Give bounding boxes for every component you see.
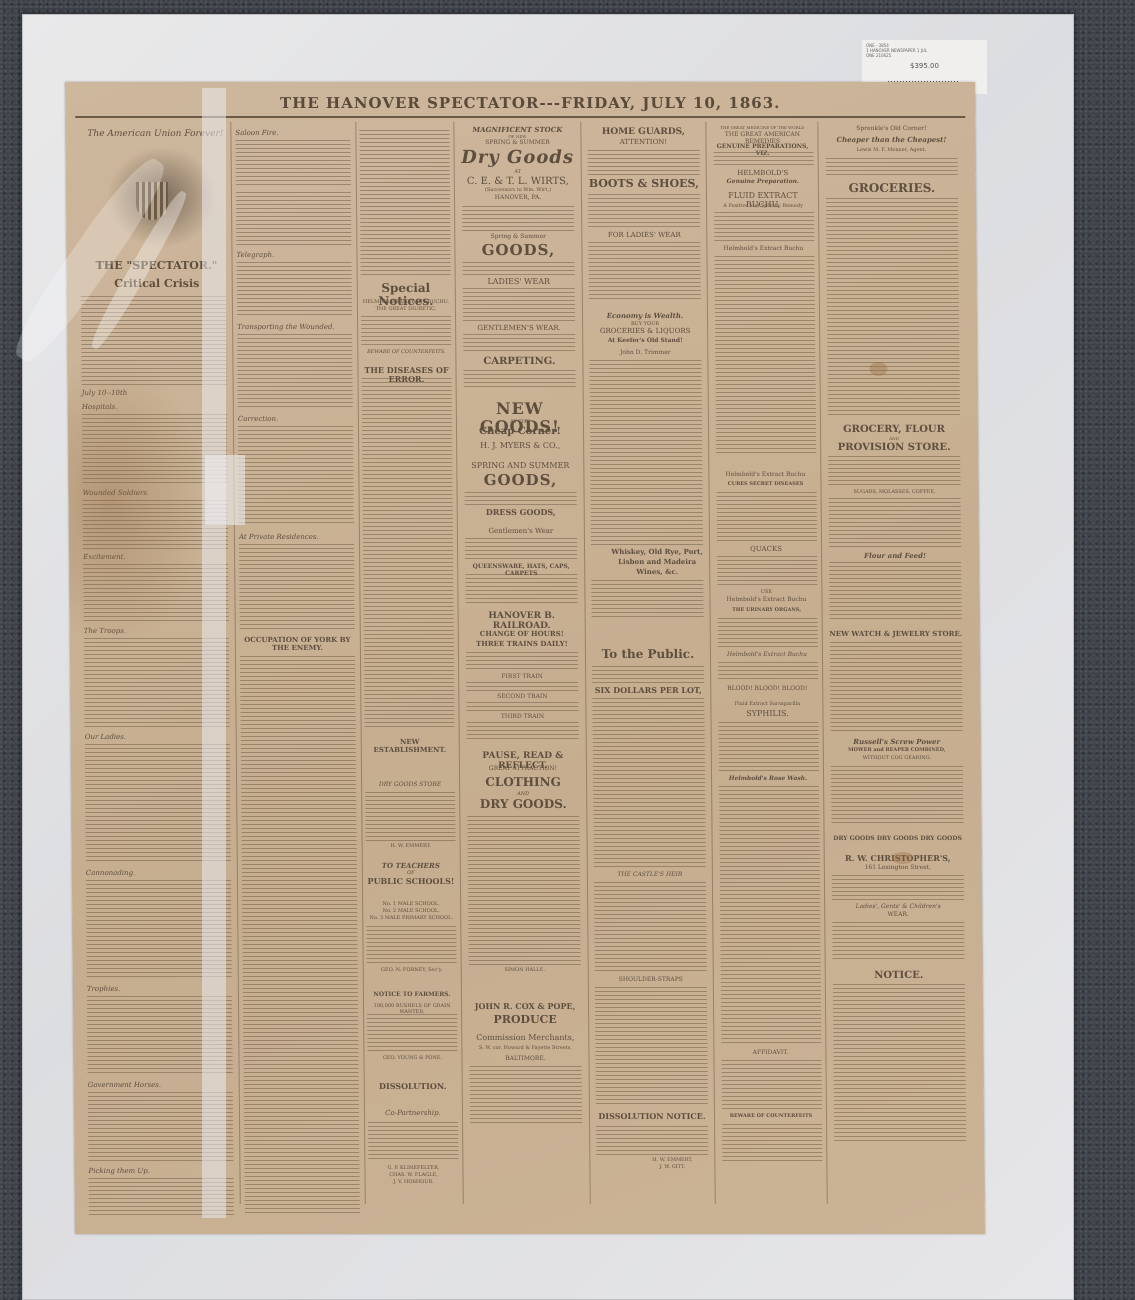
rose-wash: Helmbold's Rose Wash. (715, 776, 821, 783)
text-block (588, 194, 700, 230)
and-text: AND (824, 437, 964, 441)
cox-pope: JOHN R. COX & POPE, (465, 1002, 585, 1011)
home-guards-head: HOME GUARDS, (585, 128, 701, 138)
section-head: Wounded Soldiers. (83, 490, 150, 498)
change-hours: CHANGE OF HOURS! (462, 630, 582, 638)
signature: GEO. YOUNG & PONE. (367, 1056, 457, 1062)
castle-heir: THE CASTLE'S HEIR (592, 872, 708, 879)
ladies-wear-head: FOR LADIES' WEAR (586, 232, 702, 240)
section-head: Picking them Up. (88, 1168, 150, 1176)
text-block (589, 360, 703, 545)
text-block (722, 1124, 822, 1164)
date-line: July 10--10th (82, 390, 142, 398)
boots-shoes-head: BOOTS & SHOES, (586, 178, 702, 190)
great-attraction: GREAT ATTRACTION! (463, 766, 583, 773)
train-item: THIRD TRAIN (462, 714, 582, 721)
teachers-head: TO TEACHERS (366, 862, 456, 870)
section-head: Saloon Fire. (235, 130, 278, 138)
groceries-head: GROCERIES. (822, 182, 962, 195)
section-head: Government Horses. (88, 1082, 161, 1090)
text-block (367, 1014, 457, 1054)
co-partnership-head: Co-Partnership. (368, 1110, 458, 1118)
at-the: AT THE (460, 420, 580, 426)
dry-goods-banner: DRY GOODS DRY GOODS DRY GOODS (828, 836, 968, 843)
text-block (466, 652, 578, 672)
three-trains: THREE TRAINS DAILY! (462, 640, 582, 648)
section-head: Excitement. (83, 554, 126, 562)
text-block (466, 682, 578, 692)
helmbold-notice: THE GREAT DIURETIC. (361, 307, 451, 313)
text-block (463, 288, 575, 322)
spring-summer-3: SPRING AND SUMMER (460, 462, 580, 471)
stain (869, 362, 887, 376)
text-block (463, 262, 575, 276)
helmbold-head: HELMBOLD'S (710, 170, 816, 178)
text-block (463, 370, 575, 390)
text-block (235, 140, 350, 185)
section-head: At Private Residences. (239, 534, 319, 542)
section-head: Transporting the Wounded. (237, 324, 335, 332)
extract-buchu: Helmbold's Extract Buchu (710, 246, 816, 253)
to-the-public-head: To the Public. (590, 648, 706, 661)
flour-feed: Flour and Feed! (825, 552, 965, 560)
text-block (359, 130, 450, 275)
helmbold-notice: HELMBOLD'S EXTRACT BUCHU. (361, 300, 451, 306)
sugars: SUGARS, MOLASSES, COFFEE, (825, 490, 965, 496)
signer: H. W. EMMERT, (634, 1158, 710, 1164)
urinary-organs: THE URINARY ORGANS, (714, 608, 820, 614)
use-text: USE (713, 590, 819, 596)
text-block (714, 212, 814, 242)
text-block (239, 544, 355, 629)
text-block (592, 666, 704, 684)
section-head: The Troops. (84, 628, 126, 636)
signer: CHAS. W. FLAGLE, (368, 1173, 458, 1179)
masthead: THE HANOVER SPECTATOR---FRIDAY, JULY 10,… (160, 94, 900, 112)
signature: GEO. N. FORNEY, Sec'y. (367, 968, 457, 974)
text-block (467, 816, 580, 966)
syphilis: SYPHILIS. (714, 710, 820, 719)
dissolution-notice-head: DISSOLUTION NOTICE. (594, 1112, 710, 1121)
extract-buchu-2: Helmbold's Extract Buchu (712, 472, 818, 479)
text-block (362, 378, 455, 728)
store-name: C. E. & T. L. WIRTS, (458, 176, 578, 187)
cheap-corner: Cheap Corner! (460, 426, 580, 437)
text-block (719, 722, 819, 772)
tape-strip (202, 88, 226, 1218)
text-block (361, 316, 451, 346)
extract-buchu-3: Helmbold's Extract Buchu (713, 597, 819, 604)
successors: (Successors to Wm. Wirt,) (458, 188, 578, 194)
text-block (366, 926, 456, 966)
watch-jewelry: NEW WATCH & JEWELRY STORE. (826, 630, 966, 638)
section-head: Trophies. (87, 986, 120, 994)
lisbon: Lisbon and Madeira (609, 558, 705, 566)
russell-power: Russell's Screw Power (827, 738, 967, 746)
specific-remedy: A Positive and Specific Remedy (710, 204, 816, 210)
text-block (719, 786, 821, 1046)
text-block (714, 256, 816, 456)
text-block (722, 1060, 822, 1110)
text-block (236, 192, 351, 247)
signer: G. P. KLINEFELTER, (368, 1166, 458, 1172)
baltimore: BALTIMORE. (465, 1056, 585, 1063)
section-head: Our Ladies. (85, 734, 126, 742)
text-block (465, 492, 577, 506)
text-block (465, 574, 577, 604)
text-block (467, 722, 579, 742)
text-block (829, 498, 961, 548)
text-block (588, 242, 701, 302)
spring-summer-2: Spring & Summer (458, 234, 578, 241)
address: S. W. cor. Howard & Fayette Streets, (465, 1046, 585, 1052)
tape-patch (205, 455, 245, 525)
dry-goods-store-head: DRY GOODS STORE (365, 782, 455, 789)
section-head: Correction. (238, 416, 278, 424)
fluid-sarsaparilla: Fluid Extract Sarsaparilla (714, 702, 820, 708)
school-item: No. 1 MALE SCHOOL. (366, 902, 456, 908)
new-establishment-head: NEW ESTABLISHMENT. (365, 738, 455, 753)
myers: H. J. MYERS & CO., (460, 442, 580, 451)
six-dollars: SIX DOLLARS PER LOT, (590, 686, 706, 695)
provision-store: PROVISION STORE. (824, 442, 964, 453)
dry-goods-head-2: DRY GOODS. (463, 798, 583, 811)
quacks: QUACKS (713, 546, 819, 554)
text-block (831, 766, 964, 826)
at-text: AT (458, 170, 578, 176)
text-block (237, 262, 352, 317)
wines: Wines, &c. (609, 568, 705, 576)
text-block (466, 702, 578, 712)
section-head: Hospitals. (82, 404, 118, 412)
carpeting-head: CARPETING. (459, 356, 579, 367)
dry-goods-head: Dry Goods (458, 148, 578, 168)
gents-wear-2: Gentlemen's Wear (461, 528, 581, 536)
text-block (596, 1126, 708, 1156)
signature: H. W. EMMERT. (366, 844, 456, 850)
text-block (832, 922, 964, 962)
section-head: Cannonading. (86, 870, 135, 878)
text-block (470, 1066, 583, 1126)
train-item: FIRST TRAIN (462, 674, 582, 681)
stain (892, 852, 914, 864)
school-item: No. 2 MALE SCHOOL. (366, 909, 456, 915)
text-block (365, 792, 455, 842)
text-block (237, 334, 353, 409)
text-block (462, 206, 574, 231)
commission-head: Commission Merchants, (465, 1034, 585, 1043)
affidavit: AFFIDAVIT. (717, 1050, 823, 1057)
text-block (588, 150, 700, 176)
dress-goods: DRESS GOODS, (461, 508, 581, 517)
grocery-flour: GROCERY, FLOUR (824, 424, 964, 435)
signature: SIMON HALLE. (465, 968, 585, 974)
without-cog: WITHOUT COG GEARING. (827, 756, 967, 762)
dissolution-head: DISSOLUTION. (368, 1082, 458, 1091)
text-block (368, 1122, 458, 1162)
gents-wear: GENTLEMEN'S WEAR. (459, 325, 579, 333)
text-block (717, 492, 817, 542)
goods-head: GOODS, (458, 242, 578, 259)
text-block (238, 426, 354, 526)
economy-head: Economy is Wealth. (587, 312, 703, 320)
shoulder-straps: SHOULDER-STRAPS (593, 977, 709, 984)
school-item: No. 3 MALE PRIMARY SCHOOL. (366, 916, 456, 922)
text-block (714, 152, 814, 166)
genuine-prep: Genuine Preparation. (710, 179, 816, 186)
notice-head: NOTICE. (829, 970, 969, 981)
beware-counterfeits: BEWARE OF COUNTERFEITS (718, 1114, 824, 1120)
signer: J. W. GITT. (634, 1165, 710, 1171)
goods-head-2: GOODS, (460, 472, 580, 489)
public-schools-head: PUBLIC SCHOOLS! (366, 877, 456, 886)
label-line-3: ONE 210625 (866, 53, 983, 58)
text-block (830, 642, 963, 732)
text-block (832, 875, 964, 901)
section-head: OCCUPATION OF YORK BY THE ENEMY. (240, 636, 355, 651)
keefer-stand: At Keefer's Old Stand! (587, 338, 703, 345)
text-block (826, 198, 960, 418)
extract-buchu-4: Helmbold's Extract Buchu (714, 652, 820, 659)
ladies-wear: LADIES' WEAR (459, 278, 579, 287)
great-medicine: THE GREAT MEDICINE OF THE WORLD (709, 126, 815, 130)
ladies-gents: Ladies', Gents' & Children's (828, 904, 968, 911)
wear: WEAR. (828, 912, 968, 919)
text-block (591, 580, 703, 620)
groceries-liquors: GROCERIES & LIQUORS (587, 328, 703, 336)
text-block (717, 556, 817, 586)
old-corner: Sprenkle's Old Corner! (821, 126, 961, 133)
train-item: SECOND TRAIN (462, 694, 582, 701)
text-block (833, 984, 966, 1144)
price-text: $395.00 (866, 62, 983, 70)
whiskey: Whiskey, Old Rye, Port, (609, 548, 705, 556)
text-block (592, 698, 705, 868)
text-block (826, 158, 958, 178)
text-block (829, 562, 962, 622)
spring-summer: SPRING & SUMMER (457, 140, 577, 147)
text-block (718, 662, 818, 682)
town: HANOVER, PA. (458, 195, 578, 202)
text-block (594, 882, 707, 972)
text-block (718, 618, 818, 648)
produce-head: PRODUCE (465, 1014, 585, 1026)
cheaper-head: Cheaper than the Cheapest! (821, 136, 961, 144)
blood-head: BLOOD! BLOOD! BLOOD! (714, 686, 820, 693)
text-block (463, 334, 575, 354)
text-block (828, 456, 960, 486)
text-block (465, 538, 577, 560)
stock-head: MAGNIFICENT STOCK (457, 126, 577, 134)
signer: J. V. HOSHOUR. (369, 1180, 459, 1186)
text-block (595, 987, 708, 1107)
mower-reaper: MOWER and REAPER COMBINED, (827, 748, 967, 754)
beware-notice: BEWARE OF COUNTERFEITS. (361, 350, 451, 356)
attention-head: ATTENTION! (585, 139, 701, 147)
clothing-head: CLOTHING (463, 776, 583, 789)
farmers-head: NOTICE TO FARMERS. (367, 992, 457, 999)
text-block (240, 656, 360, 1216)
cures-secret: CURES SECRET DISEASES (712, 482, 818, 488)
trimmer: John D. Trimmer (587, 350, 703, 357)
lexington-street: 161 Lexington Street, (828, 865, 968, 872)
section-head: Telegraph. (236, 252, 274, 260)
agent: Lewis M. F. Menner, Agent. (822, 148, 962, 154)
